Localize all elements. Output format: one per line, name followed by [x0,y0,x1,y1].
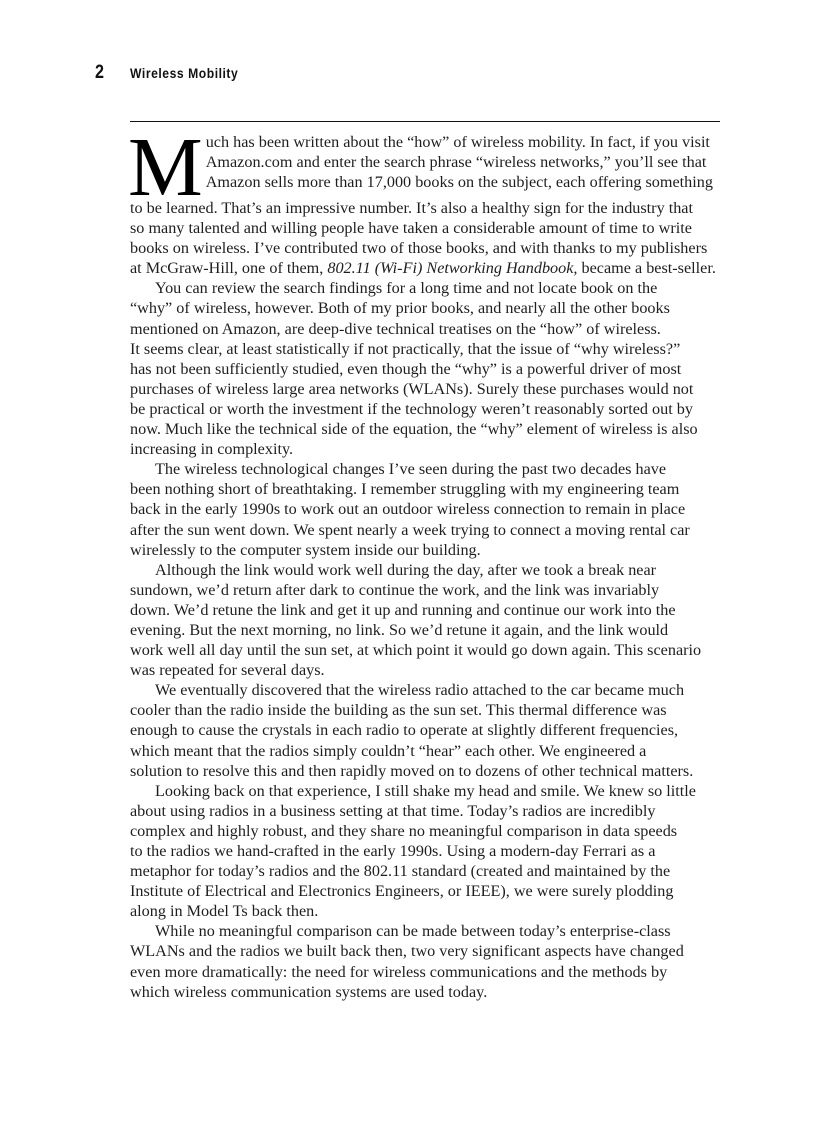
text-line: It seems clear, at least statistically i… [130,339,722,359]
text-line: down. We’d retune the link and get it up… [130,600,722,620]
text-line: which meant that the radios simply could… [130,741,722,761]
text-line: uch has been written about the “how” of … [130,132,722,152]
body-text: M uch has been written about the “how” o… [130,132,722,1002]
text-line: evening. But the next morning, no link. … [130,620,722,640]
text-line: to the radios we hand-crafted in the ear… [130,841,722,861]
text-run: became a best-seller. [577,259,715,277]
text-line: Amazon.com and enter the search phrase “… [130,152,722,172]
text-line: The wireless technological changes I’ve … [130,459,722,479]
text-line: Institute of Electrical and Electronics … [130,881,722,901]
paragraph-3: The wireless technological changes I’ve … [130,459,722,559]
text-line: complex and highly robust, and they shar… [130,821,722,841]
book-title: 802.11 (Wi-Fi) Networking Handbook, [327,259,577,277]
text-line: enough to cause the crystals in each rad… [130,720,722,740]
text-line: sundown, we’d return after dark to conti… [130,580,722,600]
text-line: “why” of wireless, however. Both of my p… [130,298,722,318]
text-line: back in the early 1990s to work out an o… [130,499,722,519]
text-line: solution to resolve this and then rapidl… [130,761,722,781]
paragraph-1: M uch has been written about the “how” o… [130,132,722,278]
text-line: Amazon sells more than 17,000 books on t… [130,172,722,192]
text-line: wirelessly to the computer system inside… [130,540,722,560]
text-line: so many talented and willing people have… [130,218,722,238]
text-line: work well all day until the sun set, at … [130,640,722,660]
text-line: metaphor for today’s radios and the 802.… [130,861,722,881]
text-line: now. Much like the technical side of the… [130,419,722,439]
running-title: Wireless Mobility [130,66,238,81]
text-line: which wireless communication systems are… [130,982,722,1002]
paragraph-5: We eventually discovered that the wirele… [130,680,722,780]
text-line: been nothing short of breathtaking. I re… [130,479,722,499]
running-head: 2 Wireless Mobility [95,62,250,84]
text-line: cooler than the radio inside the buildin… [130,700,722,720]
text-line: even more dramatically: the need for wir… [130,962,722,982]
paragraph-2: You can review the search findings for a… [130,278,722,459]
paragraph-7: While no meaningful comparison can be ma… [130,921,722,1001]
text-line: be practical or worth the investment if … [130,399,722,419]
text-line: mentioned on Amazon, are deep-dive techn… [130,319,722,339]
drop-cap: M [128,136,203,198]
text-line: has not been sufficiently studied, even … [130,359,722,379]
text-line: to be learned. That’s an impressive numb… [130,198,722,218]
paragraph-4: Although the link would work well during… [130,560,722,681]
text-line: about using radios in a business setting… [130,801,722,821]
paragraph-6: Looking back on that experience, I still… [130,781,722,922]
text-line: Looking back on that experience, I still… [130,781,722,801]
text-line: was repeated for several days. [130,660,722,680]
text-line: along in Model Ts back then. [130,901,722,921]
chapter-top-rule [130,121,720,122]
text-line: Although the link would work well during… [130,560,722,580]
text-line: increasing in complexity. [130,439,722,459]
text-line: books on wireless. I’ve contributed two … [130,238,722,258]
text-line: at McGraw-Hill, one of them, 802.11 (Wi-… [130,258,722,278]
page-number: 2 [95,62,125,84]
text-line: WLANs and the radios we built back then,… [130,941,722,961]
text-line: We eventually discovered that the wirele… [130,680,722,700]
text-line: purchases of wireless large area network… [130,379,722,399]
text-run: at McGraw-Hill, one of them, [130,259,327,277]
text-line: While no meaningful comparison can be ma… [130,921,722,941]
text-line: You can review the search findings for a… [130,278,722,298]
text-line: after the sun went down. We spent nearly… [130,520,722,540]
